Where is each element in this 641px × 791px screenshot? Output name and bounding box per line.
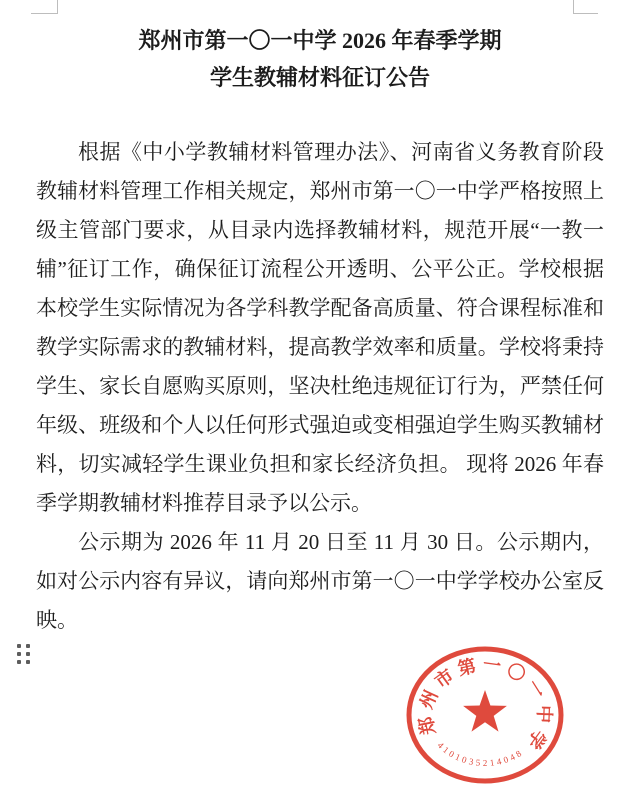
- margin-dots-marker-icon: [17, 644, 30, 664]
- official-seal: 郑州市第一〇一中学 4101035214048: [400, 640, 570, 791]
- document-title-line-1: 郑州市第一〇一中学 2026 年春季学期: [36, 22, 604, 59]
- seal-code-text: 4101035214048: [436, 740, 526, 768]
- body-paragraph-1: 根据《中小学教辅材料管理办法》、河南省义务教育阶段教辅材料管理工作相关规定，郑州…: [36, 133, 604, 523]
- crop-mark-top-right-icon: [573, 0, 598, 14]
- seal-star-icon: [463, 690, 507, 732]
- crop-mark-top-left-icon: [31, 0, 58, 14]
- body-paragraph-2: 公示期为 2026 年 11 月 20 日至 11 月 30 日。公示期内，如对…: [36, 523, 604, 640]
- document-page: { "page": { "background": "#ffffff", "te…: [0, 0, 641, 791]
- document-title-line-2: 学生教辅材料征订公告: [36, 59, 604, 96]
- svg-text:4101035214048: 4101035214048: [436, 740, 526, 768]
- document-title: 郑州市第一〇一中学 2026 年春季学期 学生教辅材料征订公告: [36, 22, 604, 96]
- document-body: 根据《中小学教辅材料管理办法》、河南省义务教育阶段教辅材料管理工作相关规定，郑州…: [36, 133, 604, 640]
